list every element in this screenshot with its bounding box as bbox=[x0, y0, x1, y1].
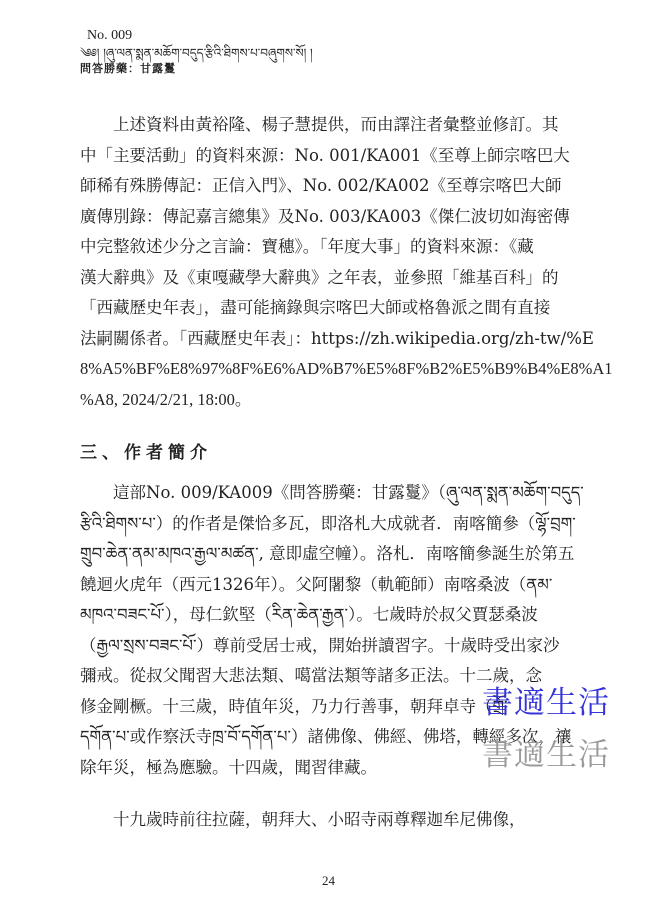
watermark-gray: 書適生活 bbox=[482, 738, 610, 772]
text-line: 饒迴火虎年（西元1326年）。父阿闍黎（軌範師）南喀桑波（ནམ་ bbox=[80, 570, 566, 601]
text-line: 「西藏歷史年表」，盡可能摘錄與宗喀巴大師或格魯派之間有直接 bbox=[80, 293, 566, 324]
page-number: 24 bbox=[0, 873, 657, 889]
text-line: མཁའ་བཟང་པོ་），母仁欽堅（རིན་ཆེན་རྒྱན་）。七歲時於叔父賈… bbox=[80, 600, 566, 631]
text-line: 十九歲時前往拉薩，朝拜大、小昭寺兩尊釋迦牟尼佛像， bbox=[80, 805, 566, 836]
text-line: 這部No. 009/KA009《問答勝藥：甘露鬘》（ཞུ་ལན་སྨན་མཆོག… bbox=[80, 478, 566, 509]
text-line: 上述資料由黃裕隆、楊子慧提供，而由譯注者彙整並修訂。其 bbox=[80, 110, 566, 141]
watermark-blue: 書適生活 bbox=[482, 686, 610, 720]
section-heading: 三、作者簡介 bbox=[80, 438, 212, 463]
text-line: གྲུབ་ཆེན་ནམ་མཁའ་རྒྱལ་མཚན་, 意即虛空幢）。洛札．南喀簡… bbox=[80, 539, 566, 570]
text-line: 漢大辭典》及《東嘎藏學大辭典》之年表，並參照「維基百科」的 bbox=[80, 263, 566, 294]
text-line: 8%A5%BF%E8%97%8F%E6%AD%B7%E5%8F%B2%E5%B9… bbox=[80, 354, 566, 385]
text-line: རྩིའི་ཐིགས་པ་）的作者是傑恰多瓦，即洛札大成就者．南喀簡參（ལྷོ་… bbox=[80, 509, 566, 540]
text-line: 廣傳別錄：傳記嘉言總集》及No. 003/KA003《傑仁波切如海密傳 bbox=[80, 202, 566, 233]
text-line: （རྒྱལ་སྲས་བཟང་པོ་）尊前受居士戒，開始拼讀習字。十歲時受出家沙 bbox=[80, 631, 566, 662]
text-line: 中「主要活動」的資料來源：No. 001/KA001《至尊上師宗喀巴大 bbox=[80, 141, 566, 172]
text-line: 法嗣關係者。「西藏歷史年表」：https://zh.wikipedia.org/… bbox=[80, 324, 566, 355]
tibetan-title: ༄༅། །ཞུ་ལན་སྨན་མཆོག་བདུད་རྩིའི་ཐིགས་པ་བཞ… bbox=[80, 46, 580, 61]
text-line: 中完整敘述少分之言論：寶穗》。「年度大事」的資料來源：《藏 bbox=[80, 232, 566, 263]
paragraph-sources: 上述資料由黃裕隆、楊子慧提供，而由譯注者彙整並修訂。其 中「主要活動」的資料來源… bbox=[80, 110, 566, 415]
chinese-title: 問答勝藥：甘露鬘 bbox=[80, 62, 580, 76]
paragraph-age-nineteen: 十九歲時前往拉薩，朝拜大、小昭寺兩尊釋迦牟尼佛像， bbox=[80, 805, 566, 836]
text-number: No. 009 bbox=[87, 28, 580, 44]
text-line: 師稀有殊勝傳記：正信入門》、No. 002/KA002《至尊宗喀巴大師 bbox=[80, 171, 566, 202]
page-header: No. 009 ༄༅། །ཞུ་ལན་སྨན་མཆོག་བདུད་རྩིའི་ཐ… bbox=[80, 28, 580, 76]
text-line: %A8, 2024/2/21, 18:00。 bbox=[80, 385, 566, 416]
